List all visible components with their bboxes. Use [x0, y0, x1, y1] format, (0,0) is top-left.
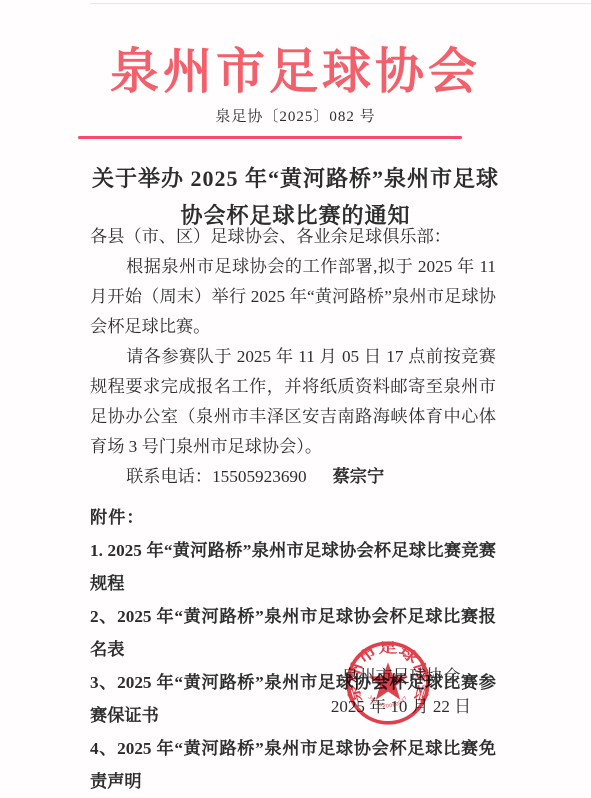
contact-phone: 15505923690 [212, 467, 307, 486]
document-number: 泉足协〔2025〕082 号 [0, 105, 591, 126]
body-paragraph-2: 请各参赛队于 2025 年 11 月 05 日 17 点前按竞赛规程要求完成报名… [90, 342, 496, 462]
document-title-line1: 关于举办 2025 年“黄河路桥”泉州市足球 [60, 160, 531, 197]
contact-person-name: 蔡宗宁 [333, 467, 385, 486]
attachments-section: 附件： 1. 2025 年“黄河路桥”泉州市足球协会杯足球比赛竞赛规程 2、20… [90, 501, 496, 798]
contact-label: 联系电话： [126, 467, 212, 486]
attachment-item: 1. 2025 年“黄河路桥”泉州市足球协会杯足球比赛竞赛规程 [90, 534, 496, 600]
signature-block: 泉州市足球协会 2025 年 10 月 22 日 [325, 662, 477, 722]
attachments-heading: 附件： [90, 501, 496, 534]
org-name-header: 泉州市足球协会 [0, 33, 591, 103]
attachment-item: 4、2025 年“黄河路桥”泉州市足球协会杯足球比赛免责声明 [90, 732, 496, 798]
contact-line: 联系电话：15505923690蔡宗宁 [90, 462, 496, 492]
signature-org: 泉州市足球协会 [325, 662, 477, 692]
scan-edge-line [90, 3, 591, 4]
salutation-line: 各县（市、区）足球协会、各业余足球俱乐部： [90, 222, 496, 252]
attachment-item: 2、2025 年“黄河路桥”泉州市足球协会杯足球比赛报名表 [90, 600, 496, 666]
red-divider-line [78, 136, 462, 139]
official-notice-document: 泉州市足球协会 泉足协〔2025〕082 号 关于举办 2025 年“黄河路桥”… [0, 0, 591, 798]
body-paragraph-1: 根据泉州市足球协会的工作部署,拟于 2025 年 11 月开始（周末）举行 20… [90, 252, 496, 342]
signature-date: 2025 年 10 月 22 日 [325, 692, 477, 722]
